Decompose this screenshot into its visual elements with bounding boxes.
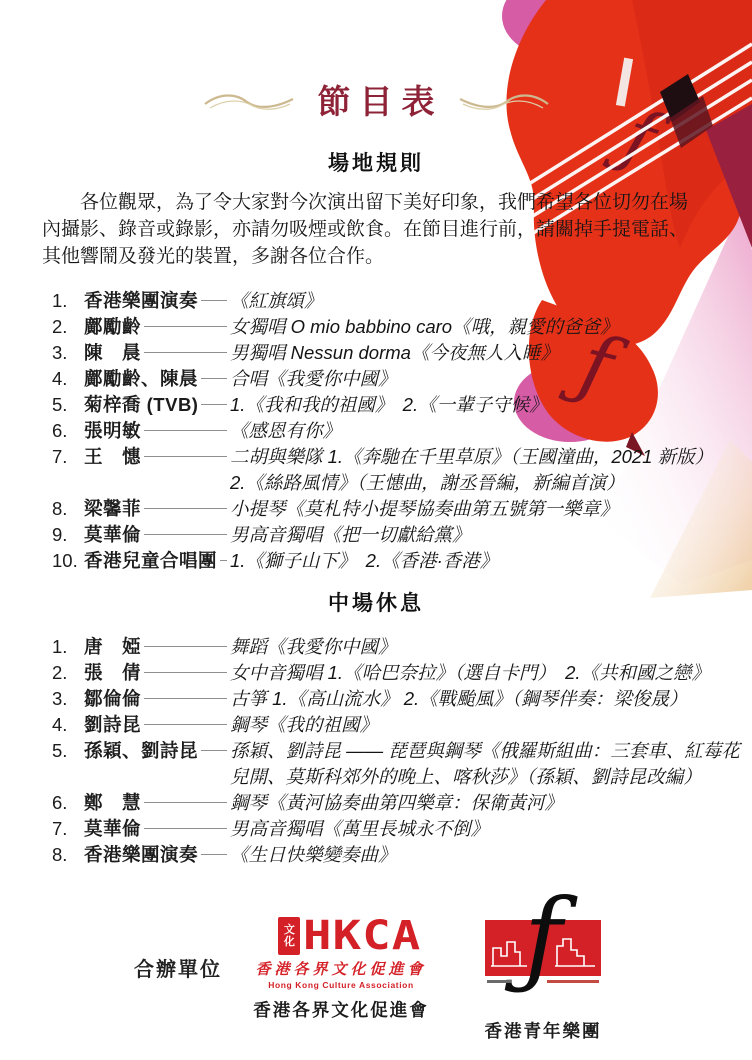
performer-name-cell: 鄺勵齡、陳晨: [84, 366, 230, 392]
program-row: 2. 張 倩 女中音獨唱 1.《哈巴奈拉》（選自卡門） 2.《共和國之戀》: [52, 660, 752, 686]
performer-name: 鄭 慧: [84, 790, 141, 816]
program-row: 5. 菊梓喬 (TVB) 1.《我和我的祖國》 2.《一輩子守候》: [52, 392, 752, 418]
program-row: 2. 鄺勵齡 女獨唱 O mio babbino caro《哦，親愛的爸爸》: [52, 314, 752, 340]
performer-name: 劉詩昆: [84, 712, 141, 738]
flourish-left-icon: [203, 90, 295, 114]
program-page: ƒ ƒ 節目表 場地規則 各位觀眾，為了令: [0, 0, 752, 1060]
performer-name-cell: 梁馨菲: [84, 496, 230, 522]
footer: 合辦單位 文 化 HKCA 香港各界文化促進會 Hong Kong Cultur…: [0, 892, 752, 1043]
hkca-logotype: 文 化 HKCA: [248, 913, 434, 955]
row-number: 6.: [52, 790, 84, 816]
hkca-seal-bottom: 化: [284, 936, 295, 948]
flourish-right-icon: [458, 90, 550, 114]
program-list-1: 1. 香港樂團演奏 《紅旗頌》 2. 鄺勵齡 女獨唱 O mio babbino…: [52, 288, 752, 574]
performance-desc: 《生日快樂變奏曲》: [230, 842, 752, 868]
section-heading-intermission: 中場休息: [0, 590, 752, 618]
hkca-acronym: HKCA: [303, 917, 421, 955]
leader-line: [201, 378, 227, 379]
performer-name: 陳 晨: [84, 340, 141, 366]
title-row: 節目表: [0, 0, 752, 124]
performer-name-cell: 陳 晨: [84, 340, 230, 366]
performance-desc: 男高音獨唱《萬里長城永不倒》: [230, 816, 752, 842]
leader-line: [144, 430, 227, 431]
section-heading-venue-rules: 場地規則: [0, 150, 752, 178]
performer-name-cell: 香港樂團演奏: [84, 288, 230, 314]
performance-desc: 1.《獅子山下》 2.《香港·香港》: [230, 548, 752, 574]
performer-name: 梁馨菲: [84, 496, 141, 522]
performance-desc: 舞蹈《我愛你中國》: [230, 634, 752, 660]
performance-desc: 男獨唱 Nessun dorma《今夜無人入睡》: [230, 340, 752, 366]
performance-desc: 鋼琴《我的祖國》: [230, 712, 752, 738]
hkca-calligraphy: 香港各界文化促進會: [248, 958, 434, 979]
performer-name: 鄺勵齡、陳晨: [84, 366, 198, 392]
performance-desc: 合唱《我愛你中國》: [230, 366, 752, 392]
row-number: 6.: [52, 418, 84, 444]
row-number: 5.: [52, 392, 84, 418]
performer-name: 香港樂團演奏: [84, 842, 198, 868]
performer-name-cell: 莫華倫: [84, 522, 230, 548]
row-number: 8.: [52, 496, 84, 522]
performance-desc: 男高音獨唱《把一切獻給黨》: [230, 522, 752, 548]
row-number: 3.: [52, 686, 84, 712]
leader-line: [144, 698, 227, 699]
performer-name: 王 憓: [84, 444, 141, 470]
leader-line: [201, 854, 227, 855]
program-row: 10. 香港兒童合唱團 1.《獅子山下》 2.《香港·香港》: [52, 548, 752, 574]
hkyo-logo: ƒ 香港青年樂團: [468, 892, 618, 1043]
row-number: 8.: [52, 842, 84, 868]
performer-name: 鄒倫倫: [84, 686, 141, 712]
leader-line: [144, 352, 227, 353]
row-number: 10.: [52, 548, 84, 574]
row-number: 5.: [52, 738, 84, 764]
performer-name-cell: 張明敏: [84, 418, 230, 444]
performer-name-cell: 孫穎、劉詩昆: [84, 738, 230, 764]
performer-name-cell: 唐 婭: [84, 634, 230, 660]
performer-name: 唐 婭: [84, 634, 141, 660]
program-row: 3. 鄒倫倫 古箏 1.《高山流水》 2.《戰颱風》（鋼琴伴奏：梁俊晟）: [52, 686, 752, 712]
hkca-logo: 文 化 HKCA 香港各界文化促進會 Hong Kong Culture Ass…: [248, 913, 434, 1022]
leader-line: [144, 672, 227, 673]
leader-line: [144, 456, 227, 457]
organizer-label: 合辦單位: [134, 953, 222, 982]
performer-name-cell: 王 憓: [84, 444, 230, 470]
program-row: 7. 莫華倫 男高音獨唱《萬里長城永不倒》: [52, 816, 752, 842]
row-number: 1.: [52, 288, 84, 314]
hkyo-skyline-icon: [485, 920, 601, 976]
performer-name: 菊梓喬 (TVB): [84, 392, 198, 418]
leader-line: [144, 646, 227, 647]
row-number: 2.: [52, 660, 84, 686]
performance-desc: 《感恩有你》: [230, 418, 752, 444]
leader-line: [144, 724, 227, 725]
row-number: 7.: [52, 816, 84, 842]
performer-name-cell: 鄒倫倫: [84, 686, 230, 712]
hkyo-caption-left: [487, 980, 511, 983]
performance-desc: 小提琴《莫札特小提琴協奏曲第五號第一樂章》: [230, 496, 752, 522]
row-number: 9.: [52, 522, 84, 548]
performer-name-cell: 張 倩: [84, 660, 230, 686]
performance-desc: 女中音獨唱 1.《哈巴奈拉》（選自卡門） 2.《共和國之戀》: [230, 660, 752, 686]
program-row: 9. 莫華倫 男高音獨唱《把一切獻給黨》: [52, 522, 752, 548]
performer-name-cell: 香港兒童合唱團: [84, 548, 230, 574]
hkyo-name: 香港青年樂團: [485, 1018, 602, 1043]
performer-name: 香港兒童合唱團: [84, 548, 217, 574]
performer-name-cell: 莫華倫: [84, 816, 230, 842]
row-number: 1.: [52, 634, 84, 660]
program-row: 5. 孫穎、劉詩昆 孫穎、劉詩昆 —— 琵琶與鋼琴《俄羅斯組曲：三套車、紅莓花兒…: [52, 738, 752, 790]
performance-desc: 孫穎、劉詩昆 —— 琵琶與鋼琴《俄羅斯組曲：三套車、紅莓花兒開、莫斯科郊外的晚上…: [230, 738, 752, 790]
performer-name: 莫華倫: [84, 522, 141, 548]
program-list-2: 1. 唐 婭 舞蹈《我愛你中國》 2. 張 倩 女中音獨唱 1.《哈巴奈拉》（選…: [52, 634, 752, 868]
performer-name: 莫華倫: [84, 816, 141, 842]
hkyo-emblem: ƒ: [484, 892, 602, 1014]
performer-name: 張明敏: [84, 418, 141, 444]
leader-line: [220, 560, 227, 561]
performer-name: 張 倩: [84, 660, 141, 686]
hkca-english-name: Hong Kong Culture Association: [248, 980, 434, 990]
leader-line: [144, 828, 227, 829]
page-title: 節目表: [309, 84, 444, 120]
leader-line: [144, 802, 227, 803]
performance-desc: 鋼琴《黃河協奏曲第四樂章：保衛黃河》: [230, 790, 752, 816]
program-row: 6. 鄭 慧 鋼琴《黃河協奏曲第四樂章：保衛黃河》: [52, 790, 752, 816]
performance-desc: 1.《我和我的祖國》 2.《一輩子守候》: [230, 392, 752, 418]
performance-desc: 女獨唱 O mio babbino caro《哦，親愛的爸爸》: [230, 314, 752, 340]
leader-line: [201, 300, 227, 301]
hkca-seal-top: 文: [284, 924, 295, 936]
performer-name-cell: 香港樂團演奏: [84, 842, 230, 868]
performance-desc: 《紅旗頌》: [230, 288, 752, 314]
row-number: 7.: [52, 444, 84, 470]
hkca-chinese-name: 香港各界文化促進會: [248, 997, 434, 1022]
performer-name: 孫穎、劉詩昆: [84, 738, 198, 764]
program-row: 8. 香港樂團演奏 《生日快樂變奏曲》: [52, 842, 752, 868]
row-number: 3.: [52, 340, 84, 366]
leader-line: [201, 404, 227, 405]
hkyo-caption-marks: [487, 980, 599, 983]
row-number: 2.: [52, 314, 84, 340]
program-row: 1. 香港樂團演奏 《紅旗頌》: [52, 288, 752, 314]
performance-desc: 二胡與樂隊 1.《奔馳在千里草原》（王國潼曲，2021 新版） 2.《絲路風情》…: [230, 444, 752, 496]
leader-line: [144, 508, 227, 509]
leader-line: [144, 326, 227, 327]
performer-name-cell: 菊梓喬 (TVB): [84, 392, 230, 418]
performer-name-cell: 劉詩昆: [84, 712, 230, 738]
venue-rules-paragraph: 各位觀眾，為了令大家對今次演出留下美好印象，我們希望各位切勿在場內攝影、錄音或錄…: [42, 189, 694, 270]
program-row: 3. 陳 晨 男獨唱 Nessun dorma《今夜無人入睡》: [52, 340, 752, 366]
performer-name-cell: 鄭 慧: [84, 790, 230, 816]
program-row: 7. 王 憓 二胡與樂隊 1.《奔馳在千里草原》（王國潼曲，2021 新版） 2…: [52, 444, 752, 496]
leader-line: [144, 534, 227, 535]
performance-desc: 古箏 1.《高山流水》 2.《戰颱風》（鋼琴伴奏：梁俊晟）: [230, 686, 752, 712]
program-row: 4. 劉詩昆 鋼琴《我的祖國》: [52, 712, 752, 738]
leader-line: [201, 750, 227, 751]
row-number: 4.: [52, 366, 84, 392]
performer-name: 鄺勵齡: [84, 314, 141, 340]
hkca-seal-icon: 文 化: [278, 917, 300, 955]
row-number: 4.: [52, 712, 84, 738]
hkyo-caption-right: [547, 980, 599, 983]
program-row: 4. 鄺勵齡、陳晨 合唱《我愛你中國》: [52, 366, 752, 392]
program-row: 8. 梁馨菲 小提琴《莫札特小提琴協奏曲第五號第一樂章》: [52, 496, 752, 522]
program-row: 1. 唐 婭 舞蹈《我愛你中國》: [52, 634, 752, 660]
performer-name-cell: 鄺勵齡: [84, 314, 230, 340]
program-row: 6. 張明敏 《感恩有你》: [52, 418, 752, 444]
performer-name: 香港樂團演奏: [84, 288, 198, 314]
